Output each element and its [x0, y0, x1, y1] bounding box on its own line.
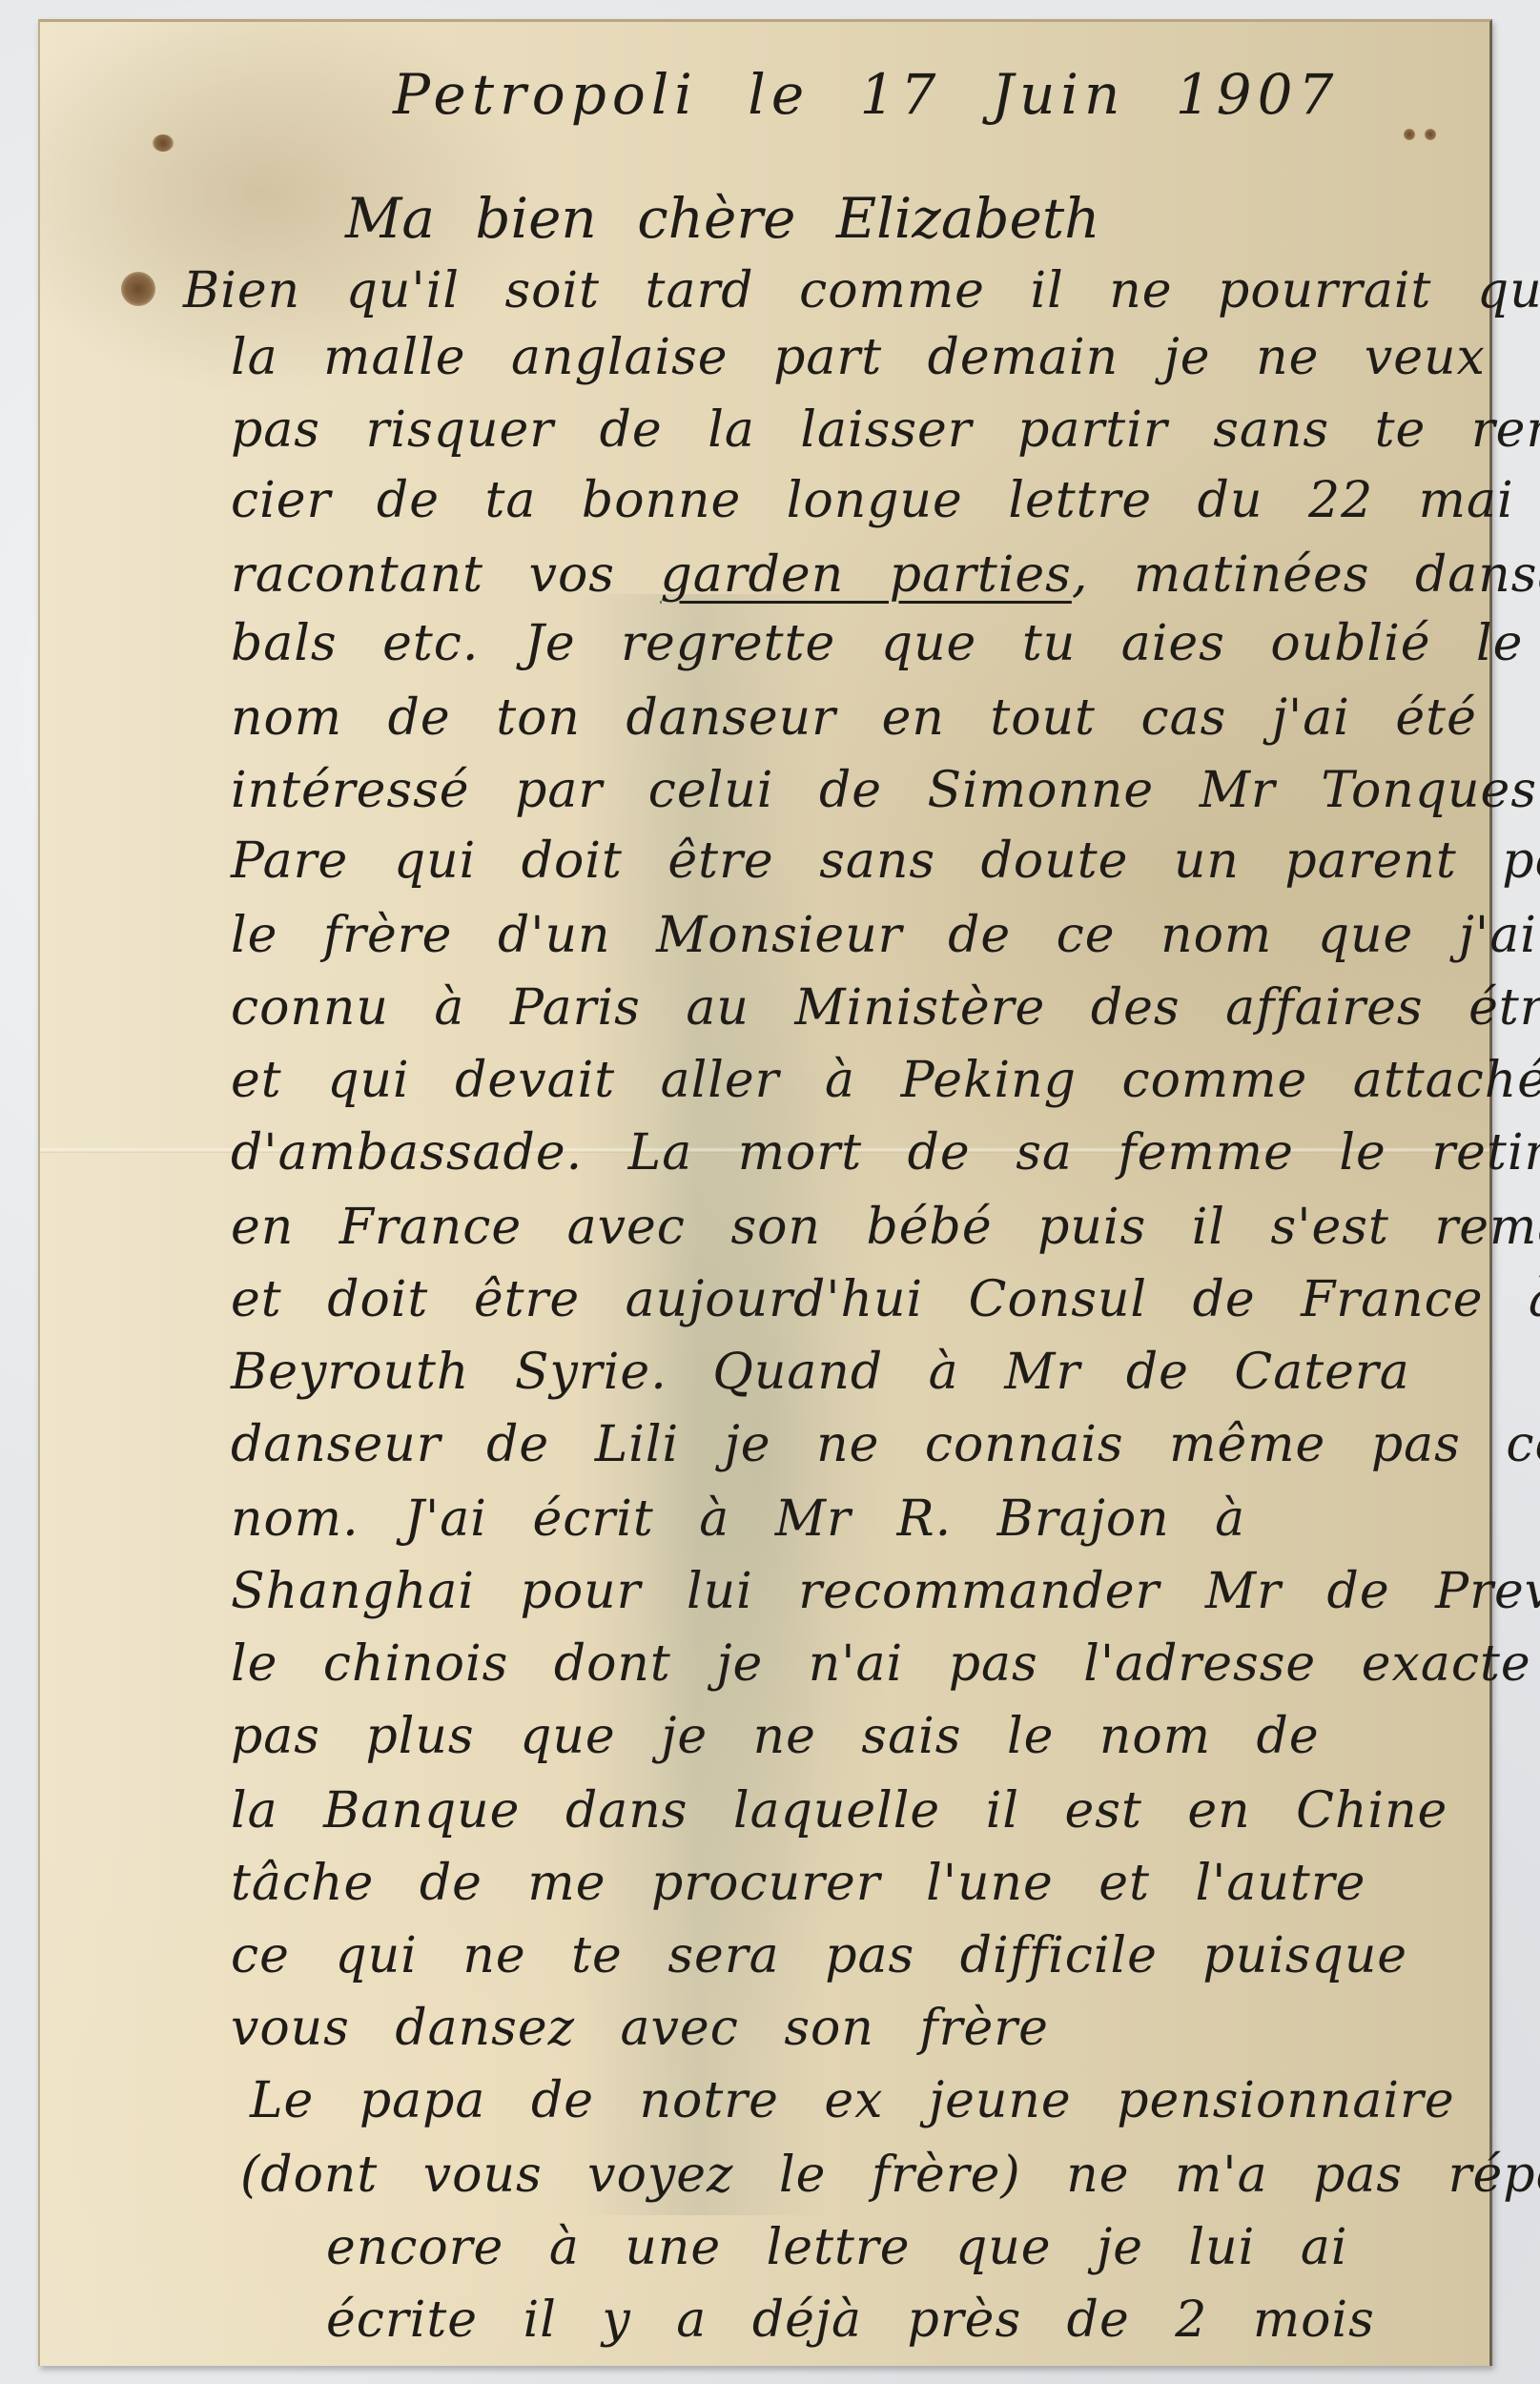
underlined-phrase: garden parties — [661, 546, 1072, 604]
letter-line: vous dansez avec son frère — [231, 2000, 1049, 2057]
letter-line: connu à Paris au Ministère des affaires … — [231, 979, 1540, 1037]
letter-line: cier de ta bonne longue lettre du 22 mai… — [231, 472, 1540, 529]
letter-line: la malle anglaise part demain je ne veux — [231, 329, 1486, 386]
letter-page: Petropoli le 17 Juin 1907 Ma bien chère … — [38, 19, 1492, 2366]
letter-line: le chinois dont je n'ai pas l'adresse ex… — [231, 1635, 1531, 1693]
letter-line: tâche de me procurer l'une et l'autre — [231, 1855, 1365, 1912]
letter-line: Shanghai pour lui recommander Mr de Prev… — [231, 1563, 1540, 1620]
letter-line: Pare qui doit être sans doute un parent … — [231, 832, 1540, 890]
letter-line: Beyrouth Syrie. Quand à Mr de Catera — [231, 1344, 1410, 1401]
letter-line: danseur de Lili je ne connais même pas c… — [231, 1416, 1540, 1473]
letter-line: intéressé par celui de Simonne Mr Tonque… — [231, 762, 1540, 819]
letter-line: le frère d'un Monsieur de ce nom que j'a… — [231, 907, 1537, 964]
letter-line: (dont vous voyez le frère) ne m'a pas ré… — [240, 2147, 1540, 2204]
letter-line: la Banque dans laquelle il est en Chine — [231, 1782, 1448, 1839]
letter-line: en France avec son bébé puis il s'est re… — [231, 1199, 1540, 1256]
letter-line: nom. J'ai écrit à Mr R. Brajon à — [231, 1490, 1245, 1548]
letter-line: encore à une lettre que je lui ai — [326, 2219, 1347, 2276]
letter-line-text: racontant vos — [231, 546, 661, 604]
letter-line: Le papa de notre ex jeune pensionnaire — [250, 2072, 1455, 2129]
letter-line: Bien qu'il soit tard comme il ne pourrai… — [183, 262, 1540, 319]
letter-line: pas risquer de la laisser partir sans te… — [231, 401, 1540, 459]
letter-line: racontant vos garden parties, matinées d… — [231, 546, 1540, 604]
letter-body: Bien qu'il soit tard comme il ne pourrai… — [40, 22, 1489, 2366]
letter-line: pas plus que je ne sais le nom de — [231, 1708, 1320, 1765]
letter-line: et qui devait aller à Peking comme attac… — [231, 1052, 1540, 1109]
letter-line: nom de ton danseur en tout cas j'ai été — [231, 689, 1477, 747]
letter-line: et doit être aujourd'hui Consul de Franc… — [231, 1271, 1540, 1328]
letter-line: ce qui ne te sera pas difficile puisque — [231, 1927, 1407, 1984]
letter-line-text: , matinées dansantes — [1072, 546, 1540, 604]
letter-line: écrite il y a déjà près de 2 mois — [326, 2292, 1375, 2349]
letter-line: d'ambassade. La mort de sa femme le reti… — [231, 1124, 1540, 1182]
letter-line: bals etc. Je regrette que tu aies oublié… — [231, 615, 1523, 672]
